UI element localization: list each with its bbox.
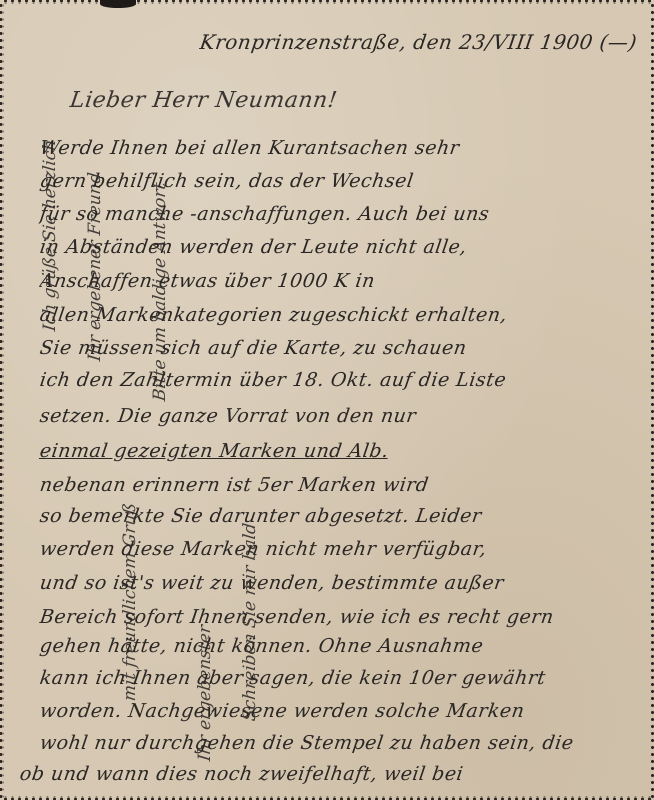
- body-line: Anschaffen etwas über 1000 K in: [38, 270, 637, 292]
- body-line: worden. Nachgewiesene werden solche Mark…: [38, 700, 637, 722]
- body-line: allen Markenkategorien zugeschickt erhal…: [38, 304, 637, 326]
- perforated-edge-bottom: [0, 796, 654, 800]
- salutation: Lieber Herr Neumann!: [68, 88, 638, 113]
- ink-blot: [100, 0, 136, 8]
- body-line: Bereich sofort Ihnen senden, wie ich es …: [38, 606, 637, 628]
- body-line: so bemerkte Sie darunter abgesetzt. Leid…: [38, 505, 637, 527]
- date: 23/VIII 1900: [458, 30, 595, 54]
- body-line: wohl nur durchgehen die Stempel zu haben…: [38, 732, 637, 754]
- body-line: für so manche -anschaffungen. Auch bei u…: [38, 203, 637, 225]
- body-line: ob und wann dies noch zweifelhaft, weil …: [18, 763, 637, 785]
- date-prefix: den: [412, 30, 454, 54]
- body-line: und so ist's weit zu wenden, bestimmte a…: [38, 572, 637, 594]
- body-line: Sie müssen sich auf die Karte, zu schaue…: [38, 337, 637, 359]
- corner-mark: (—): [598, 30, 638, 54]
- letter-sheet: Ich grüße Sie herzlich Ihr ergebener Fre…: [0, 0, 654, 800]
- letter-date-line: Kronprinzenstraße, den 23/VIII 1900 (—): [198, 30, 637, 54]
- perforated-edge-right: [649, 0, 654, 800]
- body-line: ich den Zahltermin über 18. Okt. auf die…: [38, 369, 637, 391]
- body-line: setzen. Die ganze Vorrat von den nur: [38, 405, 637, 427]
- body-line: gern behilflich sein, das der Wechsel: [38, 170, 637, 192]
- body-line: werden diese Marken nicht mehr verfügbar…: [38, 538, 637, 560]
- body-line: Werde Ihnen bei allen Kurantsachen sehr: [38, 137, 637, 159]
- perforated-edge-top: [0, 0, 654, 4]
- place: Kronprinzenstraße,: [198, 30, 408, 54]
- body-line: gehen hätte, nicht können. Ohne Ausnahme: [38, 635, 637, 657]
- body-line: nebenan erinnern ist 5er Marken wird: [38, 474, 637, 496]
- cross-written-column: Ihr ergebener Freund: [85, 171, 105, 362]
- body-line: einmal gezeigten Marken und Alb.: [38, 440, 637, 462]
- body-line: kann ich Ihnen aber sagen, die kein 10er…: [38, 667, 637, 689]
- perforated-edge-left: [0, 0, 4, 800]
- body-line: in Abständen werden der Leute nicht alle…: [38, 236, 637, 258]
